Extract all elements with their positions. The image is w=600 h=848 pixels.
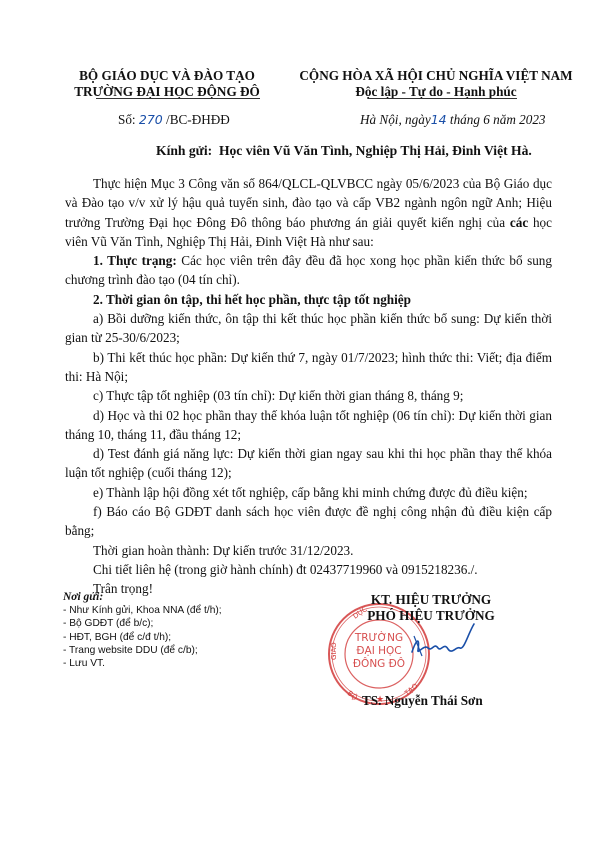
item-f: f) Báo cáo Bộ GDĐT danh sách học viên đư… [65, 502, 552, 541]
item-c: c) Thực tập tốt nghiệp (03 tín chỉ): Dự … [65, 386, 552, 405]
ministry-name: BỘ GIÁO DỤC VÀ ĐÀO TẠO [62, 68, 272, 84]
item-e: e) Thành lập hội đồng xét tốt nghiệp, cấ… [65, 483, 552, 502]
distribution-title: Nơi gửi: [63, 591, 222, 604]
distribution-item: - Bộ GDĐT (để b/c); [63, 617, 222, 630]
contact-line: Chi tiết liên hệ (trong giờ hành chính) … [65, 560, 552, 579]
document-number: Số: 270 /BC-ĐHĐĐ [118, 112, 230, 128]
item-a: a) Bồi dưỡng kiến thức, ôn tập thi kết t… [65, 309, 552, 348]
svg-text:BỘ: BỘ [346, 689, 360, 703]
recipient-names: Học viên Vũ Văn Tình, Nghiệp Thị Hải, Đi… [219, 143, 532, 158]
date-suffix: tháng 6 năm 2023 [450, 112, 546, 127]
document-number-label: Số: [118, 112, 136, 127]
handwritten-signature-icon [408, 622, 478, 662]
distribution-item: - Lưu VT. [63, 657, 222, 670]
distribution-item: - HĐT, BGH (để c/đ t/h); [63, 631, 222, 644]
national-motto: CỘNG HÒA XÃ HỘI CHỦ NGHĨA VIỆT NAM Độc l… [286, 68, 586, 99]
item-b: b) Thi kết thúc học phần: Dự kiến thứ 7,… [65, 348, 552, 387]
section-1: 1. Thực trạng: Các học viên trên đây đều… [65, 251, 552, 290]
section-2-title: 2. Thời gian ôn tập, thi hết học phần, t… [65, 290, 552, 309]
document-date: Hà Nội, ngày14 tháng 6 năm 2023 [360, 112, 546, 128]
item-d1: d) Học và thi 02 học phần thay thế khóa … [65, 406, 552, 445]
handwritten-number: 270 [139, 112, 163, 127]
item-d2: d) Test đánh giá năng lực: Dự kiến thời … [65, 444, 552, 483]
signer-authority: KT. HIỆU TRƯỞNG [346, 592, 516, 608]
signer-position: PHÓ HIỆU TRƯỞNG [346, 608, 516, 624]
distribution-item: - Trang website DDU (để c/b); [63, 644, 222, 657]
document-number-code: /BC-ĐHĐĐ [166, 112, 230, 127]
signer-name: TS. Nguyễn Thái Sơn [362, 693, 483, 709]
university-name: TRƯỜNG ĐẠI HỌC ĐỘNG ĐÔ [74, 84, 260, 100]
document-page: BỘ GIÁO DỤC VÀ ĐÀO TẠO TRƯỜNG ĐẠI HỌC ĐỘ… [0, 0, 600, 848]
recipient-label: Kính gửi: [156, 143, 212, 158]
completion-line: Thời gian hoàn thành: Dự kiến trước 31/1… [65, 541, 552, 560]
issuing-organization: BỘ GIÁO DỤC VÀ ĐÀO TẠO TRƯỜNG ĐẠI HỌC ĐỘ… [62, 68, 272, 99]
motto: Độc lập - Tự do - Hạnh phúc [355, 84, 516, 100]
document-body: Thực hiện Mục 3 Công văn số 864/QLCL-QLV… [65, 174, 552, 599]
country-name: CỘNG HÒA XÃ HỘI CHỦ NGHĨA VIỆT NAM [286, 68, 586, 84]
handwritten-day: 14 [431, 112, 447, 127]
recipient-line: Kính gửi: Học viên Vũ Văn Tình, Nghiệp T… [156, 143, 532, 159]
date-prefix: Hà Nội, ngày [360, 112, 431, 127]
signature-block: KT. HIỆU TRƯỞNG PHÓ HIỆU TRƯỞNG [346, 592, 516, 623]
distribution-item: - Như Kính gửi, Khoa NNA (để t/h); [63, 604, 222, 617]
intro-paragraph: Thực hiện Mục 3 Công văn số 864/QLCL-QLV… [65, 174, 552, 251]
distribution-list: Nơi gửi: - Như Kính gửi, Khoa NNA (để t/… [63, 591, 222, 670]
